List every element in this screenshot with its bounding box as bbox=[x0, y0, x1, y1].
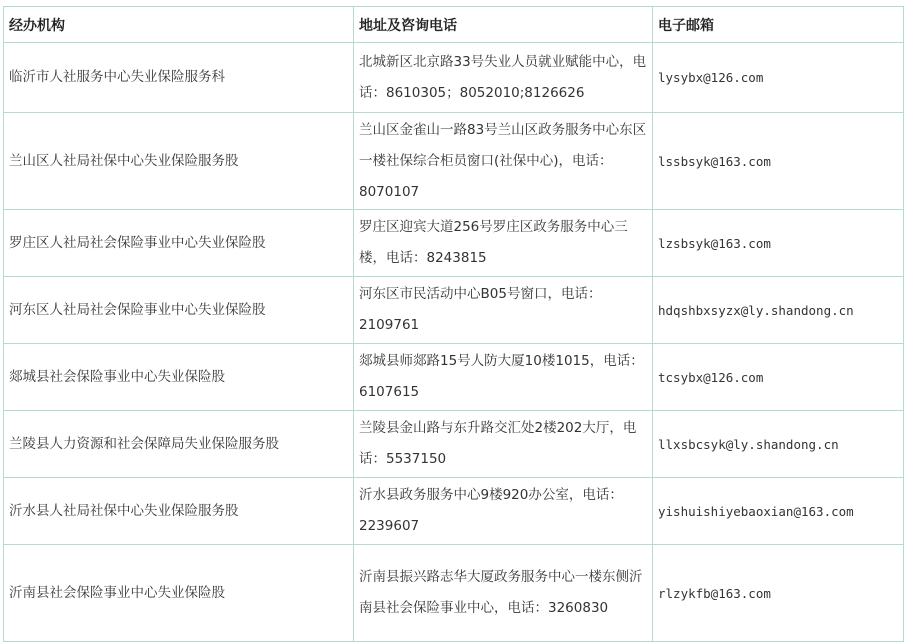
agency-cell: 兰山区人社局社保中心失业保险服务股 bbox=[4, 113, 354, 210]
address-cell: 河东区市民活动中心B05号窗口，电话：2109761 bbox=[354, 277, 653, 344]
agency-cell: 郯城县社会保险事业中心失业保险股 bbox=[4, 344, 354, 411]
agency-cell: 兰陵县人力资源和社会保障局失业保险服务股 bbox=[4, 411, 354, 478]
address-cell: 郯城县师郯路15号人防大厦10楼1015，电话：6107615 bbox=[354, 344, 653, 411]
address-cell: 兰陵县金山路与东升路交汇处2楼202大厅，电话：5537150 bbox=[354, 411, 653, 478]
email-cell: tcsybx@126.com bbox=[653, 344, 904, 411]
table-row: 临沂市人社服务中心失业保险服务科 北城新区北京路33号失业人员就业赋能中心，电话… bbox=[4, 43, 904, 113]
header-agency: 经办机构 bbox=[4, 7, 354, 43]
address-cell: 罗庄区迎宾大道256号罗庄区政务服务中心三楼，电话：8243815 bbox=[354, 210, 653, 277]
table-row: 沂南县社会保险事业中心失业保险股 沂南县振兴路志华大厦政务服务中心一楼东侧沂南县… bbox=[4, 545, 904, 642]
email-cell: rlzykfb@163.com bbox=[653, 545, 904, 642]
email-cell: hdqshbxsyzx@ly.shandong.cn bbox=[653, 277, 904, 344]
table-row: 兰陵县人力资源和社会保障局失业保险服务股 兰陵县金山路与东升路交汇处2楼202大… bbox=[4, 411, 904, 478]
agency-cell: 沂南县社会保险事业中心失业保险股 bbox=[4, 545, 354, 642]
unemployment-insurance-agency-table: 经办机构 地址及咨询电话 电子邮箱 临沂市人社服务中心失业保险服务科 北城新区北… bbox=[3, 6, 904, 642]
address-cell: 沂南县振兴路志华大厦政务服务中心一楼东侧沂南县社会保险事业中心，电话：32608… bbox=[354, 545, 653, 642]
table-row: 沂水县人社局社保中心失业保险服务股 沂水县政务服务中心9楼920办公室，电话：2… bbox=[4, 478, 904, 545]
agency-cell: 临沂市人社服务中心失业保险服务科 bbox=[4, 43, 354, 113]
email-cell: lzsbsyk@163.com bbox=[653, 210, 904, 277]
table-row: 河东区人社局社会保险事业中心失业保险股 河东区市民活动中心B05号窗口，电话：2… bbox=[4, 277, 904, 344]
table-row: 兰山区人社局社保中心失业保险服务股 兰山区金雀山一路83号兰山区政务服务中心东区… bbox=[4, 113, 904, 210]
address-cell: 兰山区金雀山一路83号兰山区政务服务中心东区一楼社保综合柜员窗口(社保中心)，电… bbox=[354, 113, 653, 210]
header-email: 电子邮箱 bbox=[653, 7, 904, 43]
email-cell: yishuishiyebaoxian@163.com bbox=[653, 478, 904, 545]
table-row: 郯城县社会保险事业中心失业保险股 郯城县师郯路15号人防大厦10楼1015，电话… bbox=[4, 344, 904, 411]
table-header-row: 经办机构 地址及咨询电话 电子邮箱 bbox=[4, 7, 904, 43]
table-row: 罗庄区人社局社会保险事业中心失业保险股 罗庄区迎宾大道256号罗庄区政务服务中心… bbox=[4, 210, 904, 277]
agency-cell: 沂水县人社局社保中心失业保险服务股 bbox=[4, 478, 354, 545]
agency-cell: 罗庄区人社局社会保险事业中心失业保险股 bbox=[4, 210, 354, 277]
header-address-phone: 地址及咨询电话 bbox=[354, 7, 653, 43]
address-cell: 沂水县政务服务中心9楼920办公室，电话：2239607 bbox=[354, 478, 653, 545]
email-cell: lysybx@126.com bbox=[653, 43, 904, 113]
email-cell: llxsbcsyk@ly.shandong.cn bbox=[653, 411, 904, 478]
email-cell: lssbsyk@163.com bbox=[653, 113, 904, 210]
address-cell: 北城新区北京路33号失业人员就业赋能中心，电话：8610305；8052010;… bbox=[354, 43, 653, 113]
agency-cell: 河东区人社局社会保险事业中心失业保险股 bbox=[4, 277, 354, 344]
